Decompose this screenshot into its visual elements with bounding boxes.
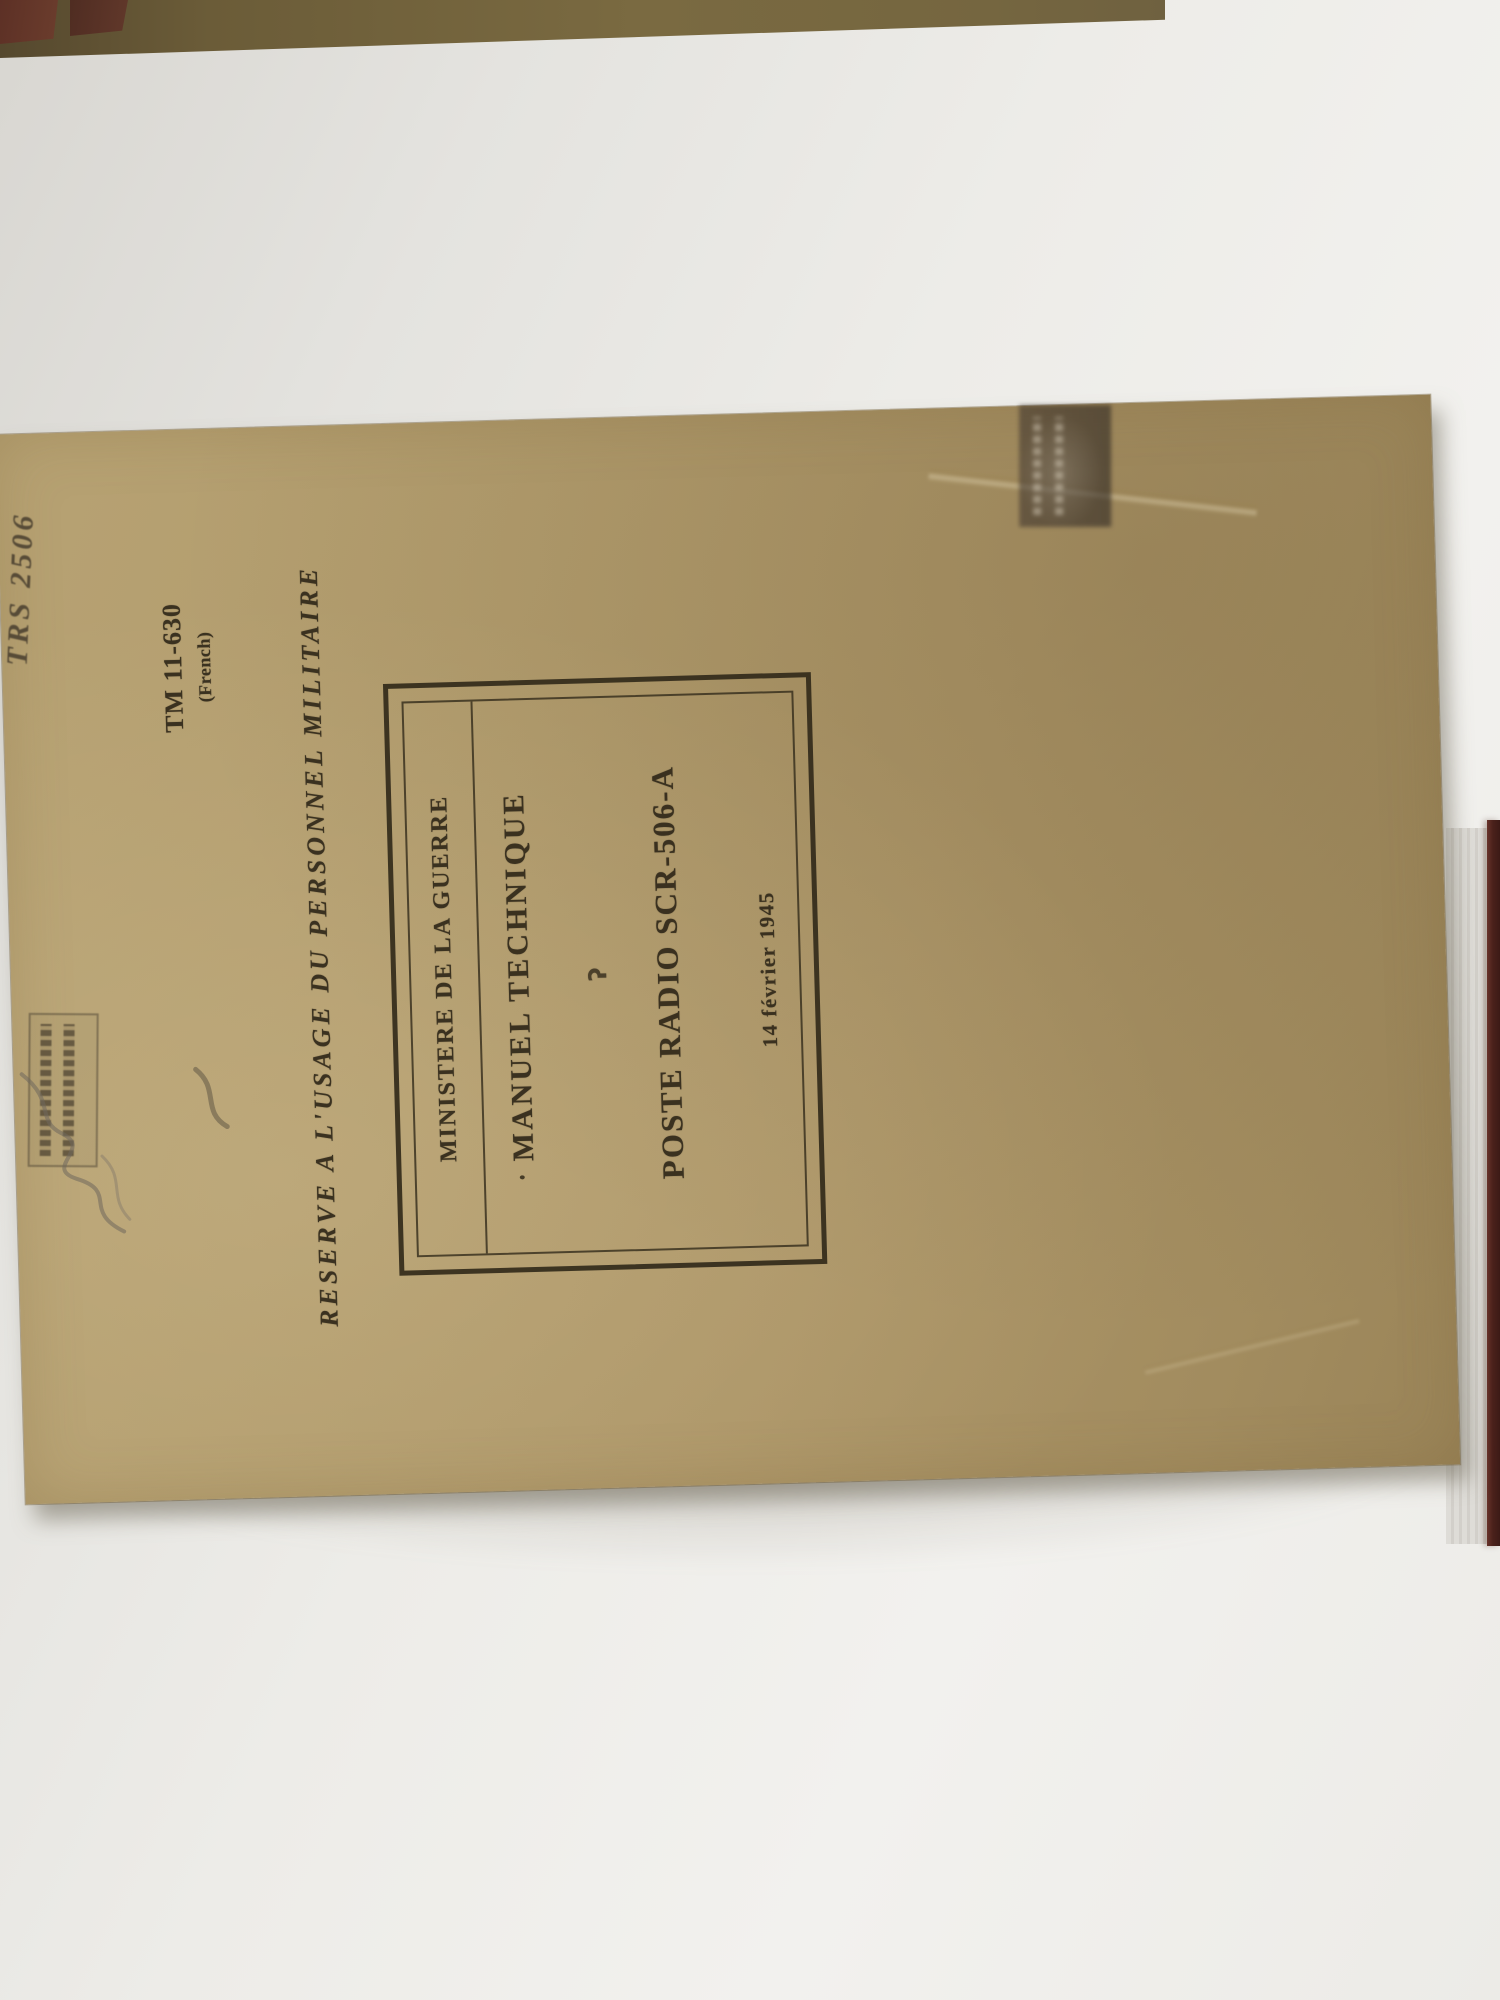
tm-number: TM 11-630 bbox=[156, 577, 191, 758]
red-book-spine-left bbox=[0, 0, 58, 44]
red-book-spine-second bbox=[70, 0, 128, 36]
photo-of-manual: TRS 2506 TM 11-630 (French) RESERVE A L'… bbox=[0, 0, 1500, 2000]
handwritten-accession-code: TRS 2506 bbox=[1, 445, 44, 666]
red-book-edge bbox=[1487, 820, 1500, 1546]
paper-crease bbox=[1144, 1314, 1360, 1375]
language-note: (French) bbox=[192, 577, 218, 758]
illegible-dark-stamp bbox=[1019, 405, 1111, 527]
background-object-top bbox=[0, 0, 1165, 58]
pencil-scribble bbox=[7, 1059, 142, 1243]
manual-cover: TRS 2506 TM 11-630 (French) RESERVE A L'… bbox=[0, 395, 1460, 1505]
tm-number-block: TM 11-630 (French) bbox=[156, 577, 218, 759]
title-box: MINISTERE DE LA GUERRE MANUEL TECHNIQUE … bbox=[383, 672, 827, 1276]
stamp-text-line bbox=[1055, 417, 1063, 515]
stamp-text-line bbox=[1033, 417, 1041, 515]
pencil-mark bbox=[189, 1062, 235, 1133]
restriction-line: RESERVE A L'USAGE DU PERSONNEL MILITAIRE bbox=[290, 426, 350, 1496]
